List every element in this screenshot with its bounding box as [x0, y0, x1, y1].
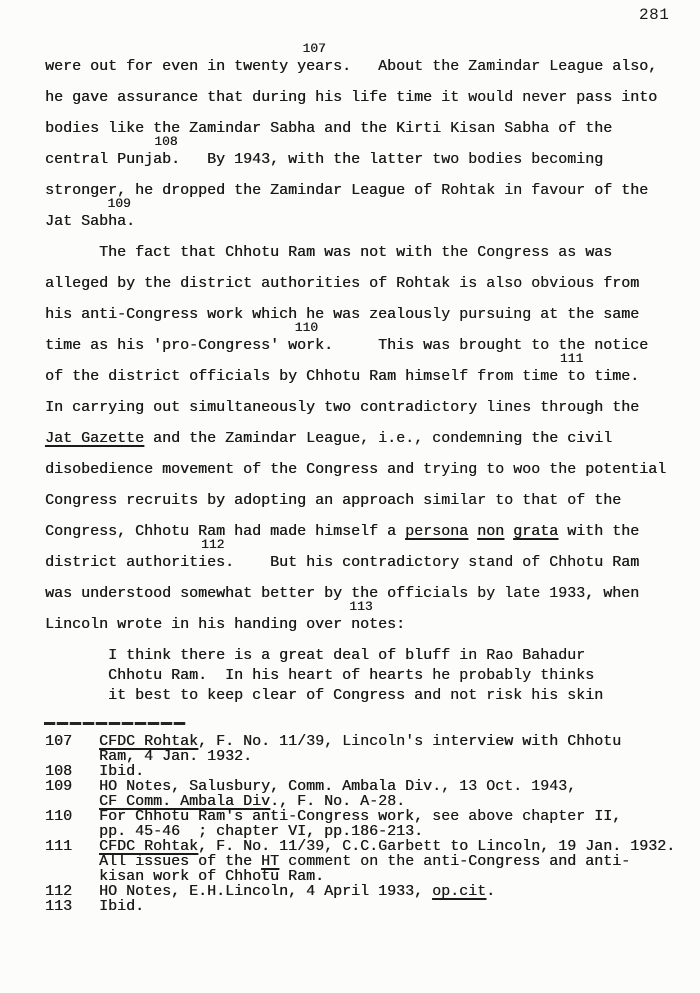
text-segment: Congress recruits by adopting an approac…: [45, 492, 621, 509]
text-segment: he gave assurance that during his life t…: [45, 89, 657, 106]
footnote-ref-marker-107: 107: [302, 42, 325, 55]
footnote-line: Ram, 4 Jan. 1932.: [45, 749, 675, 764]
body-text-block: 107were out for even in twenty years. Ab…: [45, 51, 666, 640]
body-line: 109Jat Sabha.: [45, 206, 666, 237]
footnote-ref-marker-110: 110: [295, 321, 318, 334]
text-segment: Lincoln wrote in his handing over notes:: [45, 616, 405, 633]
body-line: he gave assurance that during his life t…: [45, 82, 666, 113]
quote-line: it best to keep clear of Congress and no…: [45, 686, 603, 706]
footnote-ref-marker-112: 112: [201, 538, 224, 551]
text-segment: central Punjab. By 1943, with the latter…: [45, 151, 603, 168]
footnote-line: CF Comm. Ambala Div., F. No. A-28.: [45, 794, 675, 809]
text-segment: and the Zamindar League, i.e., condemnin…: [144, 430, 612, 447]
quote-line: Chhotu Ram. In his heart of hearts he pr…: [45, 666, 603, 686]
text-segment: bodies like the Zamindar Sabha and the K…: [45, 120, 612, 137]
body-line: 107were out for even in twenty years. Ab…: [45, 51, 666, 82]
text-segment: In carrying out simultaneously two contr…: [45, 399, 639, 416]
footnote-line: kisan work of Chhotu Ram.: [45, 869, 675, 884]
block-quote: I think there is a great deal of bluff i…: [45, 646, 603, 706]
text-segment: Jat Sabha.: [45, 213, 135, 230]
footnotes-block: 107 CFDC Rohtak, F. No. 11/39, Lincoln's…: [45, 734, 675, 914]
body-line: 113Lincoln wrote in his handing over not…: [45, 609, 666, 640]
body-line: disobedience movement of the Congress an…: [45, 454, 666, 485]
underlined-text: op.cit: [432, 883, 486, 900]
text-segment: comment on the anti-Congress and anti-: [279, 853, 630, 870]
underlined-text: non: [477, 523, 504, 540]
footnote-line: pp. 45-46 ; chapter VI, pp.186-213.: [45, 824, 675, 839]
footnote-ref-marker-108: 108: [154, 135, 177, 148]
underlined-text: Jat Gazette: [45, 430, 144, 447]
text-segment: alleged by the district authorities of R…: [45, 275, 639, 292]
footnote-line: 112 HO Notes, E.H.Lincoln, 4 April 1933,…: [45, 884, 675, 899]
body-line: 112district authorities. But his contrad…: [45, 547, 666, 578]
text-segment: .: [486, 883, 495, 900]
underlined-text: grata: [513, 523, 558, 540]
text-segment: were out for even in twenty years. About…: [45, 58, 657, 75]
body-line: 108central Punjab. By 1943, with the lat…: [45, 144, 666, 175]
footnote-separator-rule: [44, 722, 186, 725]
text-segment: district authorities. But his contradict…: [45, 554, 639, 571]
text-segment: , F. No. 11/39, Lincoln's interview with…: [198, 733, 621, 750]
text-segment: I think there is a great deal of bluff i…: [45, 647, 585, 664]
text-segment: was understood somewhat better by the of…: [45, 585, 639, 602]
text-segment: with the: [558, 523, 639, 540]
footnote-line: 110 For Chhotu Ram's anti-Congress work,…: [45, 809, 675, 824]
footnote-line: 109 HO Notes, Salusbury, Comm. Ambala Di…: [45, 779, 675, 794]
body-line: Congress recruits by adopting an approac…: [45, 485, 666, 516]
footnote-line: 111 CFDC Rohtak, F. No. 11/39, C.C.Garbe…: [45, 839, 675, 854]
text-segment: of the district officials by Chhotu Ram …: [45, 368, 639, 385]
text-segment: stronger, he dropped the Zamindar League…: [45, 182, 648, 199]
underlined-text: persona: [405, 523, 468, 540]
text-segment: Congress, Chhotu Ram had made himself a: [45, 523, 405, 540]
footnote-ref-marker-109: 109: [107, 197, 130, 210]
body-line: Congress, Chhotu Ram had made himself a …: [45, 516, 666, 547]
body-line: In carrying out simultaneously two contr…: [45, 392, 666, 423]
document-page: 281 107were out for even in twenty years…: [0, 0, 700, 993]
body-line: his anti-Congress work which he was zeal…: [45, 299, 666, 330]
body-line: Jat Gazette and the Zamindar League, i.e…: [45, 423, 666, 454]
footnote-line: 107 CFDC Rohtak, F. No. 11/39, Lincoln's…: [45, 734, 675, 749]
body-line: The fact that Chhotu Ram was not with th…: [45, 237, 666, 268]
body-line: bodies like the Zamindar Sabha and the K…: [45, 113, 666, 144]
page-number: 281: [639, 5, 669, 25]
text-segment: 113 Ibid.: [45, 898, 144, 915]
body-line: alleged by the district authorities of R…: [45, 268, 666, 299]
text-segment: [468, 523, 477, 540]
body-line: stronger, he dropped the Zamindar League…: [45, 175, 666, 206]
text-segment: it best to keep clear of Congress and no…: [45, 687, 603, 704]
footnote-line: 113 Ibid.: [45, 899, 675, 914]
text-segment: [504, 523, 513, 540]
footnote-line: All issues of the HT comment on the anti…: [45, 854, 675, 869]
footnote-ref-marker-113: 113: [349, 600, 372, 613]
text-segment: time as his 'pro-Congress' work. This wa…: [45, 337, 648, 354]
text-segment: his anti-Congress work which he was zeal…: [45, 306, 639, 323]
text-segment: disobedience movement of the Congress an…: [45, 461, 666, 478]
body-line: 111of the district officials by Chhotu R…: [45, 361, 666, 392]
footnote-ref-marker-111: 111: [560, 352, 583, 365]
text-segment: The fact that Chhotu Ram was not with th…: [45, 244, 612, 261]
quote-line: I think there is a great deal of bluff i…: [45, 646, 603, 666]
footnote-line: 108 Ibid.: [45, 764, 675, 779]
text-segment: Chhotu Ram. In his heart of hearts he pr…: [45, 667, 594, 684]
